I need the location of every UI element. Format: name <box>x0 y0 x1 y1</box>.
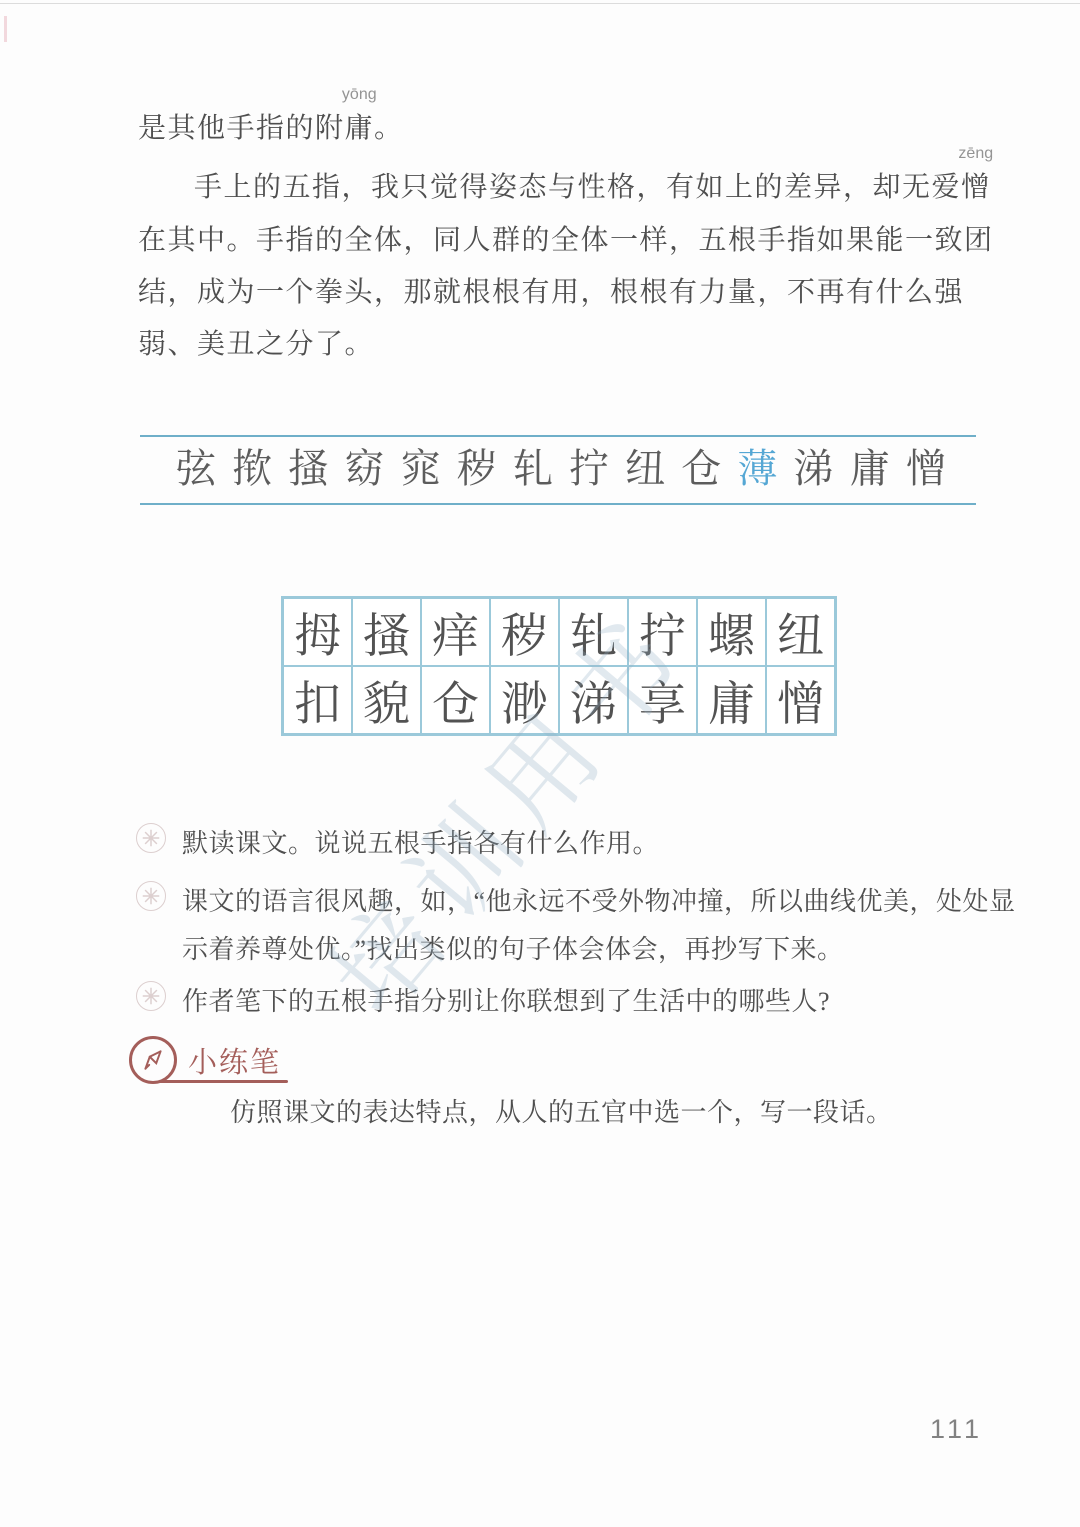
strip-char: 纽 <box>625 447 665 491</box>
left-edge-mark <box>4 16 7 42</box>
passage-text: 手上的五指，我只觉得姿态与性格，有如上的差异，却无爱 <box>194 172 961 203</box>
pinyin-annotation: zēng <box>958 145 993 163</box>
strip-char: 庸 <box>850 447 890 491</box>
grid-cell: 轧 <box>559 598 628 666</box>
grid-cell: 搔 <box>352 598 421 666</box>
passage-line: 是其他手指的附庸yōng。 <box>138 106 404 146</box>
ruby-char: 憎zēng <box>961 165 991 205</box>
strip-char: 窈 <box>344 447 384 491</box>
grid-cell: 螺 <box>697 598 766 666</box>
strip-char: 轧 <box>513 447 553 491</box>
writing-grid: 拇 搔 痒 秽 轧 拧 螺 纽 扣 貌 仓 渺 涕 享 庸 憎 <box>281 596 837 736</box>
exercise-text: 仿照课文的表达特点，从人的五官中选一个，写一段话。 <box>230 1092 893 1129</box>
question-text: 默读课文。说说五根手指各有什么作用。 <box>182 820 659 868</box>
question-item: 默读课文。说说五根手指各有什么作用。 <box>136 820 659 868</box>
grid-cell: 拧 <box>628 598 697 666</box>
page-number: 111 <box>930 1414 983 1445</box>
page-top-border <box>0 3 1080 4</box>
grid-cell: 拇 <box>283 598 352 666</box>
passage-text: 是其他手指的附 <box>138 113 345 144</box>
passage-line: 弱、美丑之分了。 <box>138 322 374 362</box>
grid-cell: 纽 <box>766 598 835 666</box>
question-marker-icon <box>136 881 166 911</box>
question-text: 课文的语言很风趣，如，“他永远不受外物冲撞，所以曲线优美，处处显 <box>182 878 1016 926</box>
pinyin-annotation: yōng <box>342 86 377 104</box>
strip-char: 秽 <box>457 447 497 491</box>
grid-cell: 痒 <box>421 598 490 666</box>
grid-cell: 憎 <box>766 666 835 734</box>
passage-line: 结，成为一个拳头，那就根根有用，根根有力量，不再有什么强 <box>138 270 964 310</box>
grid-cell: 仓 <box>421 666 490 734</box>
grid-cell: 秽 <box>490 598 559 666</box>
question-marker-icon <box>136 823 166 853</box>
strip-char: 揿 <box>232 447 272 491</box>
question-item: 作者笔下的五根手指分别让你联想到了生活中的哪些人? <box>136 978 830 1026</box>
exercise-title: 小练笔 <box>188 1040 281 1081</box>
recognition-strip: 弦 揿 搔 窈 窕 秽 轧 拧 纽 仓 薄 涕 庸 憎 <box>176 447 946 491</box>
question-text: 作者笔下的五根手指分别让你联想到了生活中的哪些人? <box>182 978 830 1026</box>
question-text: 示着养尊处优。”找出类似的句子体会体会，再抄写下来。 <box>182 926 1016 974</box>
grid-cell: 渺 <box>490 666 559 734</box>
strip-char-highlighted: 薄 <box>737 447 777 491</box>
grid-cell: 涕 <box>559 666 628 734</box>
question-marker-icon <box>136 981 166 1011</box>
grid-cell: 享 <box>628 666 697 734</box>
strip-char: 憎 <box>906 447 946 491</box>
strip-char: 弦 <box>176 447 216 491</box>
strip-char: 仓 <box>681 447 721 491</box>
strip-char: 搔 <box>288 447 328 491</box>
passage-line: 手上的五指，我只觉得姿态与性格，有如上的差异，却无爱憎zēng <box>194 165 991 205</box>
grid-cell: 庸 <box>697 666 766 734</box>
strip-char: 窕 <box>401 447 441 491</box>
pencil-icon <box>129 1036 177 1084</box>
passage-text: 。 <box>374 113 404 144</box>
strip-char: 涕 <box>794 447 834 491</box>
question-item: 课文的语言很风趣，如，“他永远不受外物冲撞，所以曲线优美，处处显 示着养尊处优。… <box>136 878 1016 974</box>
strip-bottom-rule <box>140 503 976 505</box>
strip-char: 拧 <box>569 447 609 491</box>
grid-cell: 貌 <box>352 666 421 734</box>
grid-cell: 扣 <box>283 666 352 734</box>
ruby-char: 庸yōng <box>345 106 375 146</box>
strip-top-rule <box>140 435 976 437</box>
passage-line: 在其中。手指的全体，同人群的全体一样，五根手指如果能一致团 <box>138 218 994 258</box>
